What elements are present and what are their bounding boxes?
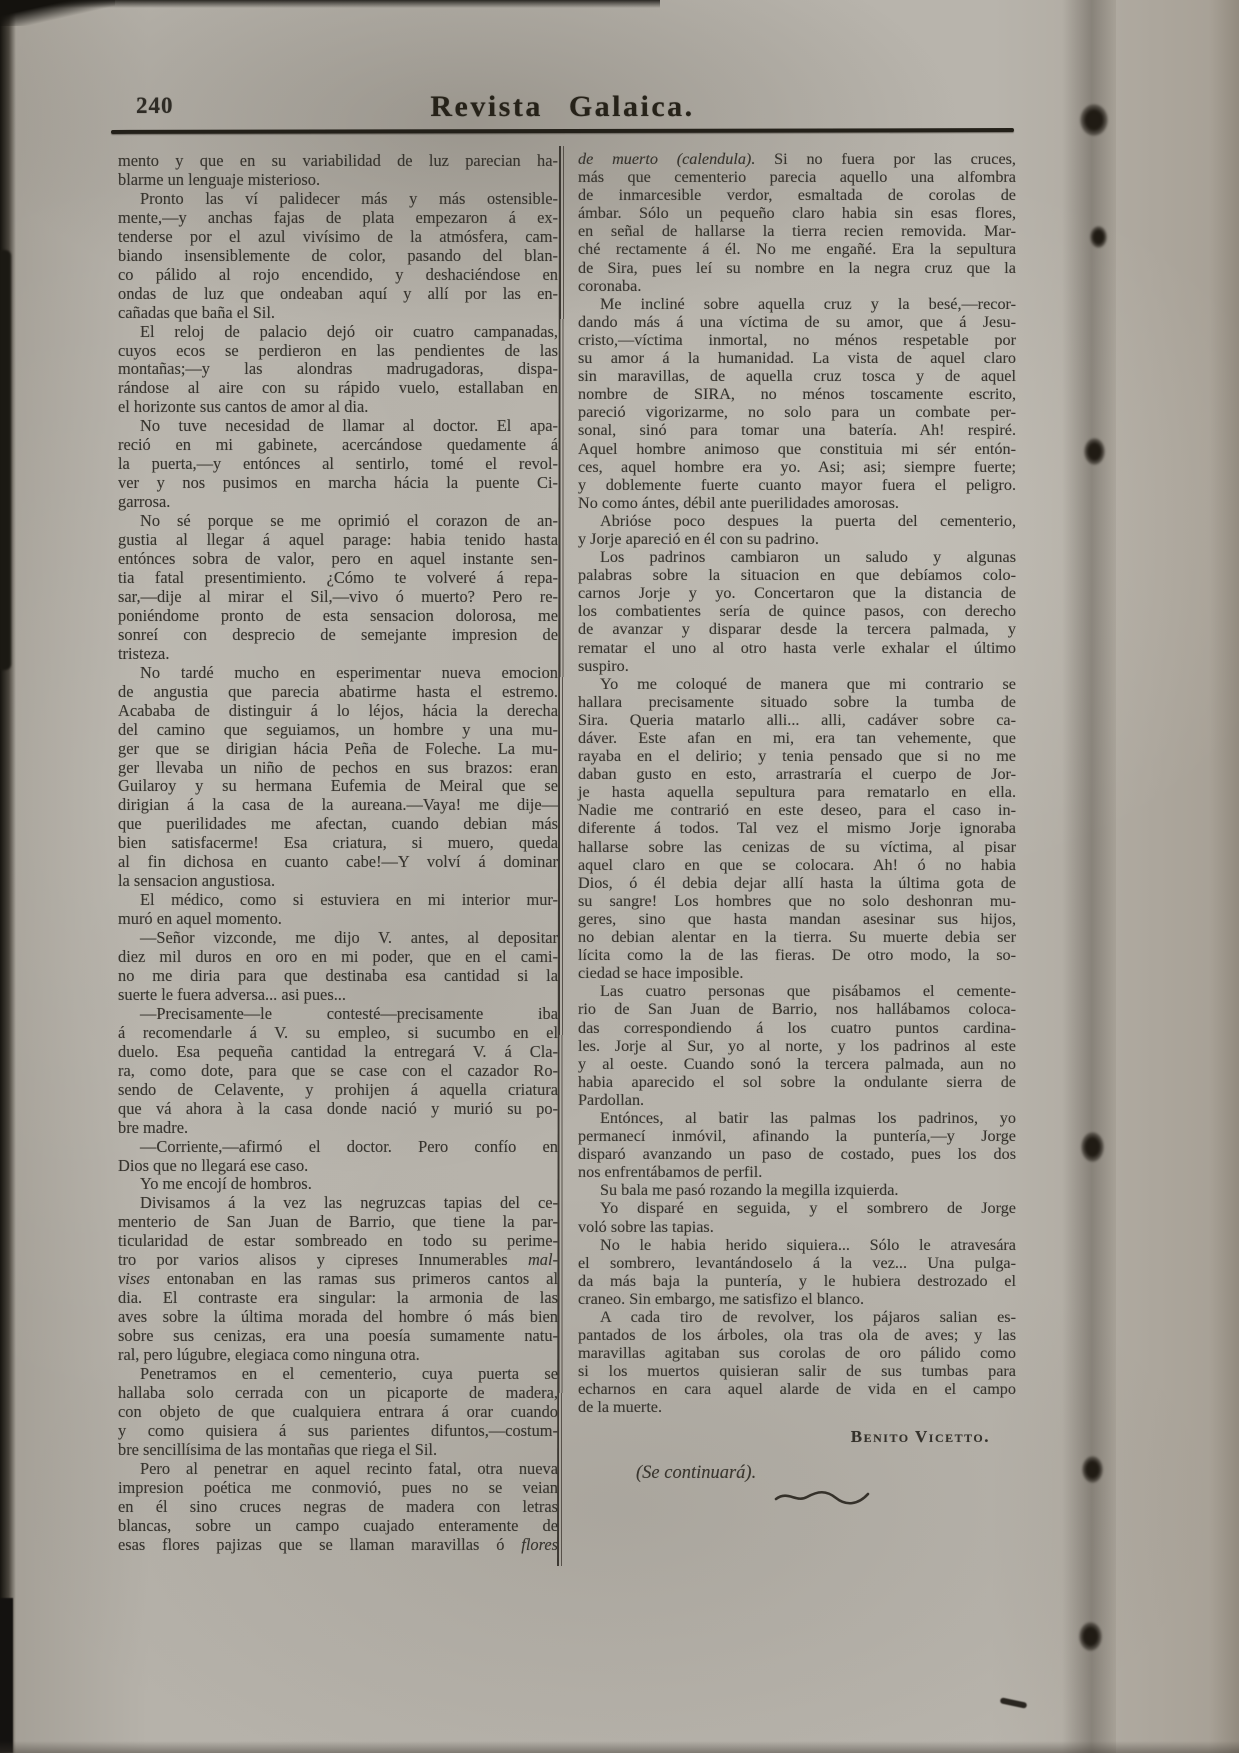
- text-line: ger llevaba un niño de pechos en sus bra…: [118, 759, 558, 778]
- text-line: rándose al aire con su rápido vuelo, est…: [118, 379, 558, 398]
- binding-stain: [1081, 1132, 1104, 1162]
- text-line: disparó avanzando un paso de costado, pu…: [578, 1145, 1016, 1163]
- text-line: blancas, sobre un campo cuajado enterame…: [118, 1517, 558, 1536]
- text-line: Penetramos en el cementerio, cuya puerta…: [118, 1365, 558, 1384]
- binding-crease: [1062, 0, 1116, 1753]
- author-signature: Benito Vicetto.: [578, 1427, 1016, 1447]
- text-line: Me incliné sobre aquella cruz y la besé,…: [578, 295, 1016, 313]
- text-line: lícita como la de las fieras. De otro mo…: [578, 946, 1016, 964]
- text-line: geres, sino que hasta mandan asesinar su…: [578, 910, 1016, 928]
- text-line: Abrióse poco despues la puerta del cemen…: [578, 512, 1016, 530]
- text-line: bien satisfacerme! Esa criatura, si muer…: [118, 834, 558, 853]
- text-line: Aquel hombre animoso que constituia mi s…: [578, 440, 1016, 458]
- text-line: No como ántes, débil ante puerilidades a…: [578, 494, 1016, 512]
- text-line: —Corriente,—afirmó el doctor. Pero confí…: [118, 1138, 558, 1157]
- text-line: impresion poética me conmovió, pues no s…: [118, 1479, 558, 1498]
- text-line: Dios, ó él debia dejar allí hasta la últ…: [578, 874, 1016, 892]
- text-line: ra, como dote, para que se case con el c…: [118, 1062, 558, 1081]
- text-line: daban gusto en esto, arrastraría el cuer…: [578, 765, 1016, 783]
- text-line: aquel claro en que se colocara. Ah! ó no…: [578, 856, 1016, 874]
- text-line: No le habia herido siquiera... Sólo le a…: [578, 1236, 1016, 1254]
- text-line: das correspondiendo á los cuatro puntos …: [578, 1019, 1016, 1037]
- text-line: Los padrinos cambiaron un saludo y algun…: [578, 548, 1016, 566]
- text-line: tristeza.: [118, 645, 558, 664]
- text-line: echarnos en cara aquel alarde de vida en…: [578, 1380, 1016, 1398]
- text-line: palabras sobre la situacion en que debía…: [578, 566, 1016, 584]
- text-line: al fin dichosa en cuanto cabe!—Y volví á…: [118, 853, 558, 872]
- text-line: Sira. Queria matarlo alli... alli, cadáv…: [578, 711, 1016, 729]
- text-line: nombre de SIRA, no ménos toscamente escr…: [578, 385, 1016, 403]
- text-line: con objeto de que cualquiera entrara á o…: [118, 1403, 558, 1422]
- text-line: maravillas agitaban sus corolas de oro p…: [578, 1344, 1016, 1362]
- ink-mark: [1000, 1697, 1028, 1708]
- scan-edge-blob: [0, 1598, 13, 1753]
- text-line: no debian alentar en la tierra. Su muert…: [578, 928, 1016, 946]
- text-line: ondas de luz que ondeaban aquí y allí po…: [118, 285, 558, 304]
- text-line: co pálido al rojo encendido, y deshacién…: [118, 266, 558, 285]
- text-line: diez mil duros en oro en mi poder, que e…: [118, 948, 558, 967]
- text-line: ces, aquel hombre era yo. Asi; asi; siem…: [578, 458, 1016, 476]
- text-line: craneo. Sin embargo, me satisfizo el bla…: [578, 1290, 1016, 1308]
- text-line: sobre sus cenizas, era una poesía sumame…: [118, 1327, 558, 1346]
- binding-stain: [1084, 438, 1105, 465]
- text-line: biando insensiblemente de color, pasando…: [118, 247, 558, 266]
- text-line: habia aparecido el sol sobre la ondulant…: [578, 1073, 1016, 1091]
- text-line: Las cuatro personas que pisábamos el cem…: [578, 982, 1016, 1000]
- text-line: Yo me coloqué de manera que mi contrario…: [578, 675, 1016, 693]
- text-line: les. Jorje al Sur, yo al norte, y los pa…: [578, 1037, 1016, 1055]
- text-line: Dios que no llegará ese caso.: [118, 1157, 558, 1176]
- text-line: y al oeste. Cuando sonó la tercera palma…: [578, 1055, 1016, 1073]
- text-line: ral, pero lúgubre, elegiaca como ninguna…: [118, 1346, 558, 1365]
- text-line: Pronto las ví palidecer más y más ostens…: [118, 190, 558, 209]
- text-line: muró en aquel momento.: [118, 910, 558, 929]
- column-divider-rule: [557, 146, 565, 1566]
- page-edge-shadow-right: [1209, 0, 1239, 1753]
- text-line: No sé porque se me oprimió el corazon de…: [118, 512, 558, 531]
- text-line: los combatientes sería de quince pasos, …: [578, 602, 1016, 620]
- text-line: sar,—dije al mirar el Sil,—vivo ó muerto…: [118, 588, 558, 607]
- text-line: coronaba.: [578, 277, 1016, 295]
- text-line: dia. El contraste era singular: la armon…: [118, 1289, 558, 1308]
- text-line: diferente á todos. Tal vez el mismo Jorj…: [578, 819, 1016, 837]
- text-line: si los muertos quisieran salir de sus tu…: [578, 1362, 1016, 1380]
- flourish-ornament: [578, 1488, 1016, 1506]
- text-line: ámbar. Sólo un pequeño claro habia sin e…: [578, 204, 1016, 222]
- scanned-page: 240 Revista Galaica. mento y que en su v…: [0, 0, 1239, 1753]
- text-line: y como quisiera á sus parientes difuntos…: [118, 1422, 558, 1441]
- text-line: sin maravillas, de aquella cruz tosca y …: [578, 367, 1016, 385]
- text-line: sendo de Celavente, y prohijen á aquella…: [118, 1081, 558, 1100]
- text-line: tro por varios alisos y cipreses Innumer…: [118, 1251, 558, 1270]
- text-line: Entónces, al batir las palmas los padrin…: [578, 1109, 1016, 1127]
- text-line: No tuve necesidad de llamar al doctor. E…: [118, 417, 558, 436]
- text-line: el sombrero, levantándoselo á la vez... …: [578, 1254, 1016, 1272]
- text-line: Yo disparé en seguida, y el sombrero de …: [578, 1199, 1016, 1217]
- text-line: cuyos ecos se perdieron en las pendiente…: [118, 342, 558, 361]
- text-line: blarme un lenguaje misterioso.: [118, 171, 558, 190]
- text-line: de muerto (calendula). Si no fuera por l…: [578, 150, 1016, 168]
- text-line: mente,—y anchas fajas de plata empezaron…: [118, 209, 558, 228]
- text-line: que vá ahora à la casa donde nació y mur…: [118, 1100, 558, 1119]
- text-line: mento y que en su variabilidad de luz pa…: [118, 152, 558, 171]
- text-line: ciedad se hace imposible.: [578, 964, 1016, 982]
- page-edge-shadow-bottom: [0, 1741, 1239, 1753]
- text-line: rio de San Juan de Barrio, nos hallábamo…: [578, 1000, 1016, 1018]
- text-line: de angustia que parecia abatirme hasta e…: [118, 683, 558, 702]
- text-line: á recomendarle á V. su empleo, si sucumb…: [118, 1024, 558, 1043]
- text-line: del camino que seguiamos, un hombre y un…: [118, 721, 558, 740]
- text-line: Acababa de distinguir á lo léjos, hácia …: [118, 702, 558, 721]
- text-line: No tardé mucho en esperimentar nueva emo…: [118, 664, 558, 683]
- text-line: voló sobre las tapias.: [578, 1218, 1016, 1236]
- text-line: suspiro.: [578, 657, 1016, 675]
- text-line: je hasta aquella sepultura para rematarl…: [578, 783, 1016, 801]
- text-line: dirigian á la casa de la aureana.—Vaya! …: [118, 796, 558, 815]
- text-line: garrosa.: [118, 493, 558, 512]
- text-line: menterio de San Juan de Barrio, que tien…: [118, 1213, 558, 1232]
- text-line: de avanzar y disparar desde la tercera p…: [578, 620, 1016, 638]
- text-line: ché rectamente á él. No me engañé. Era l…: [578, 240, 1016, 258]
- text-line: Pero al penetrar en aquel recinto fatal,…: [118, 1460, 558, 1479]
- text-line: bre sencillísima de las montañas que rie…: [118, 1441, 558, 1460]
- text-line: cañadas que baña el Sil.: [118, 304, 558, 323]
- text-line: tia fatal presentimiento. ¿Cómo te volve…: [118, 569, 558, 588]
- text-line: reció en mi gabinete, acercándose quedam…: [118, 436, 558, 455]
- text-line: dando más á una víctima de su amor, que …: [578, 313, 1016, 331]
- text-line: el horizonte sus cantos de amor al dia.: [118, 398, 558, 417]
- binding-stain: [1079, 1622, 1102, 1651]
- text-line: más que cementerio parecia aquello una a…: [578, 168, 1016, 186]
- text-line: tenderse por el azul vivísimo de la atmó…: [118, 228, 558, 247]
- text-line: en él sino cruces negras de madera con l…: [118, 1498, 558, 1517]
- text-line: ver y nos pusimos en marcha hácia la pue…: [118, 474, 558, 493]
- text-line: ticularidad de estar sombreado en todo s…: [118, 1232, 558, 1251]
- text-line: y doblemente fuerte cuanto mayor fuera e…: [578, 476, 1016, 494]
- page-edge-shadow-top: [0, 0, 660, 8]
- text-line: nos enfrentábamos de perfil.: [578, 1163, 1016, 1181]
- text-line: de inmarcesible verdor, esmaltada de cor…: [578, 186, 1016, 204]
- binding-stain: [1080, 104, 1108, 136]
- page-title: Revista Galaica.: [110, 90, 1015, 124]
- text-line: —Señor vizconde, me dijo V. antes, al de…: [118, 929, 558, 948]
- text-line: rematar el uno al otro hasta verle exhal…: [578, 639, 1016, 657]
- text-line: poniéndome pronto de esta sensacion dolo…: [118, 607, 558, 626]
- text-line: esas flores pajizas que se llaman maravi…: [118, 1536, 558, 1555]
- text-line: la puerta,—y entónces al sentirlo, tomé …: [118, 455, 558, 474]
- text-line: que puerilidades me afectan, cuando debi…: [118, 815, 558, 834]
- text-line: carnos Jorje y yo. Concertaron que la di…: [578, 584, 1016, 602]
- text-line: ger que se dirigian hácia Peña de Folech…: [118, 740, 558, 759]
- left-column-text: mento y que en su variabilidad de luz pa…: [118, 152, 558, 1555]
- text-line: de Sira, pues leí su nombre en la negra …: [578, 259, 1016, 277]
- text-line: El médico, como si estuviera en mi inter…: [118, 891, 558, 910]
- text-line: entónces sobra de valor, pero en aquel i…: [118, 550, 558, 569]
- text-line: Yo me encojí de hombros.: [118, 1175, 558, 1194]
- binding-stain: [1090, 226, 1107, 248]
- text-line: hallarse sobre las cenizas de su víctima…: [578, 838, 1016, 856]
- text-line: montañas;—y las alondras madrugadoras, d…: [118, 360, 558, 379]
- text-line: El reloj de palacio dejó oir cuatro camp…: [118, 323, 558, 342]
- text-line: sonal, sinó para tomar una batería. Ah! …: [578, 421, 1016, 439]
- text-line: da más baja la puntería, y le hubiera de…: [578, 1272, 1016, 1290]
- text-line: Divisamos á la vez las negruzcas tapias …: [118, 1194, 558, 1213]
- text-line: pareció vigorizarme, no solo para un com…: [578, 403, 1016, 421]
- text-line: de la muerte.: [578, 1398, 1016, 1416]
- text-line: pantados de los árboles, ola tras ola de…: [578, 1326, 1016, 1344]
- continuation-note: (Se continuará).: [578, 1463, 1016, 1484]
- scan-edge-blob: [0, 250, 11, 670]
- text-line: vises entonaban en las ramas sus primero…: [118, 1270, 558, 1289]
- text-line: sonreí con desprecio de semejante impres…: [118, 626, 558, 645]
- text-line: rayaba en el delirio; y tenia pensado qu…: [578, 747, 1016, 765]
- text-line: su sangre! Los hombres que no solo desho…: [578, 892, 1016, 910]
- text-line: permanecí inmóvil, afinando la puntería,…: [578, 1127, 1016, 1145]
- text-line: Nadie me contrarió en este deseo, para e…: [578, 801, 1016, 819]
- right-column-text: de muerto (calendula). Si no fuera por l…: [578, 150, 1016, 1506]
- text-line: la sensacion angustiosa.: [118, 872, 558, 891]
- text-line: —Precisamente—le contesté—precisamente i…: [118, 1005, 558, 1024]
- binding-stain: [1082, 1456, 1103, 1483]
- text-line: Pardollan.: [578, 1091, 1016, 1109]
- text-line: Su bala me pasó rozando la megilla izqui…: [578, 1181, 1016, 1199]
- text-line: cristo,—víctima inmortal, no ménos respe…: [578, 331, 1016, 349]
- text-line: hallaba solo cerrada con un picaporte de…: [118, 1384, 558, 1403]
- text-line: su amor á la humanidad. La vista de aque…: [578, 349, 1016, 367]
- text-line: gustia al llegar á aquel parage: habia t…: [118, 531, 558, 550]
- text-line: no me diria para que destinaba esa canti…: [118, 967, 558, 986]
- text-line: y Jorje apareció en él con su padrino.: [578, 530, 1016, 548]
- text-line: duelo. Esa pequeña cantidad la entregará…: [118, 1043, 558, 1062]
- text-line: hallara precisamente situado sobre la tu…: [578, 693, 1016, 711]
- text-line: A cada tiro de revolver, los pájaros sal…: [578, 1308, 1016, 1326]
- text-line: aves sobre la última morada del hombre ó…: [118, 1308, 558, 1327]
- text-line: dáver. Este afan en mi, era tan vehement…: [578, 729, 1016, 747]
- header-rule: [111, 128, 1014, 134]
- text-line: Guilaroy y su hermana Eufemia de Meiral …: [118, 777, 558, 796]
- text-line: suerte le fuera adversa... asi pues...: [118, 986, 558, 1005]
- text-line: bre madre.: [118, 1119, 558, 1138]
- text-line: en señal de hallarse la tierra recien re…: [578, 222, 1016, 240]
